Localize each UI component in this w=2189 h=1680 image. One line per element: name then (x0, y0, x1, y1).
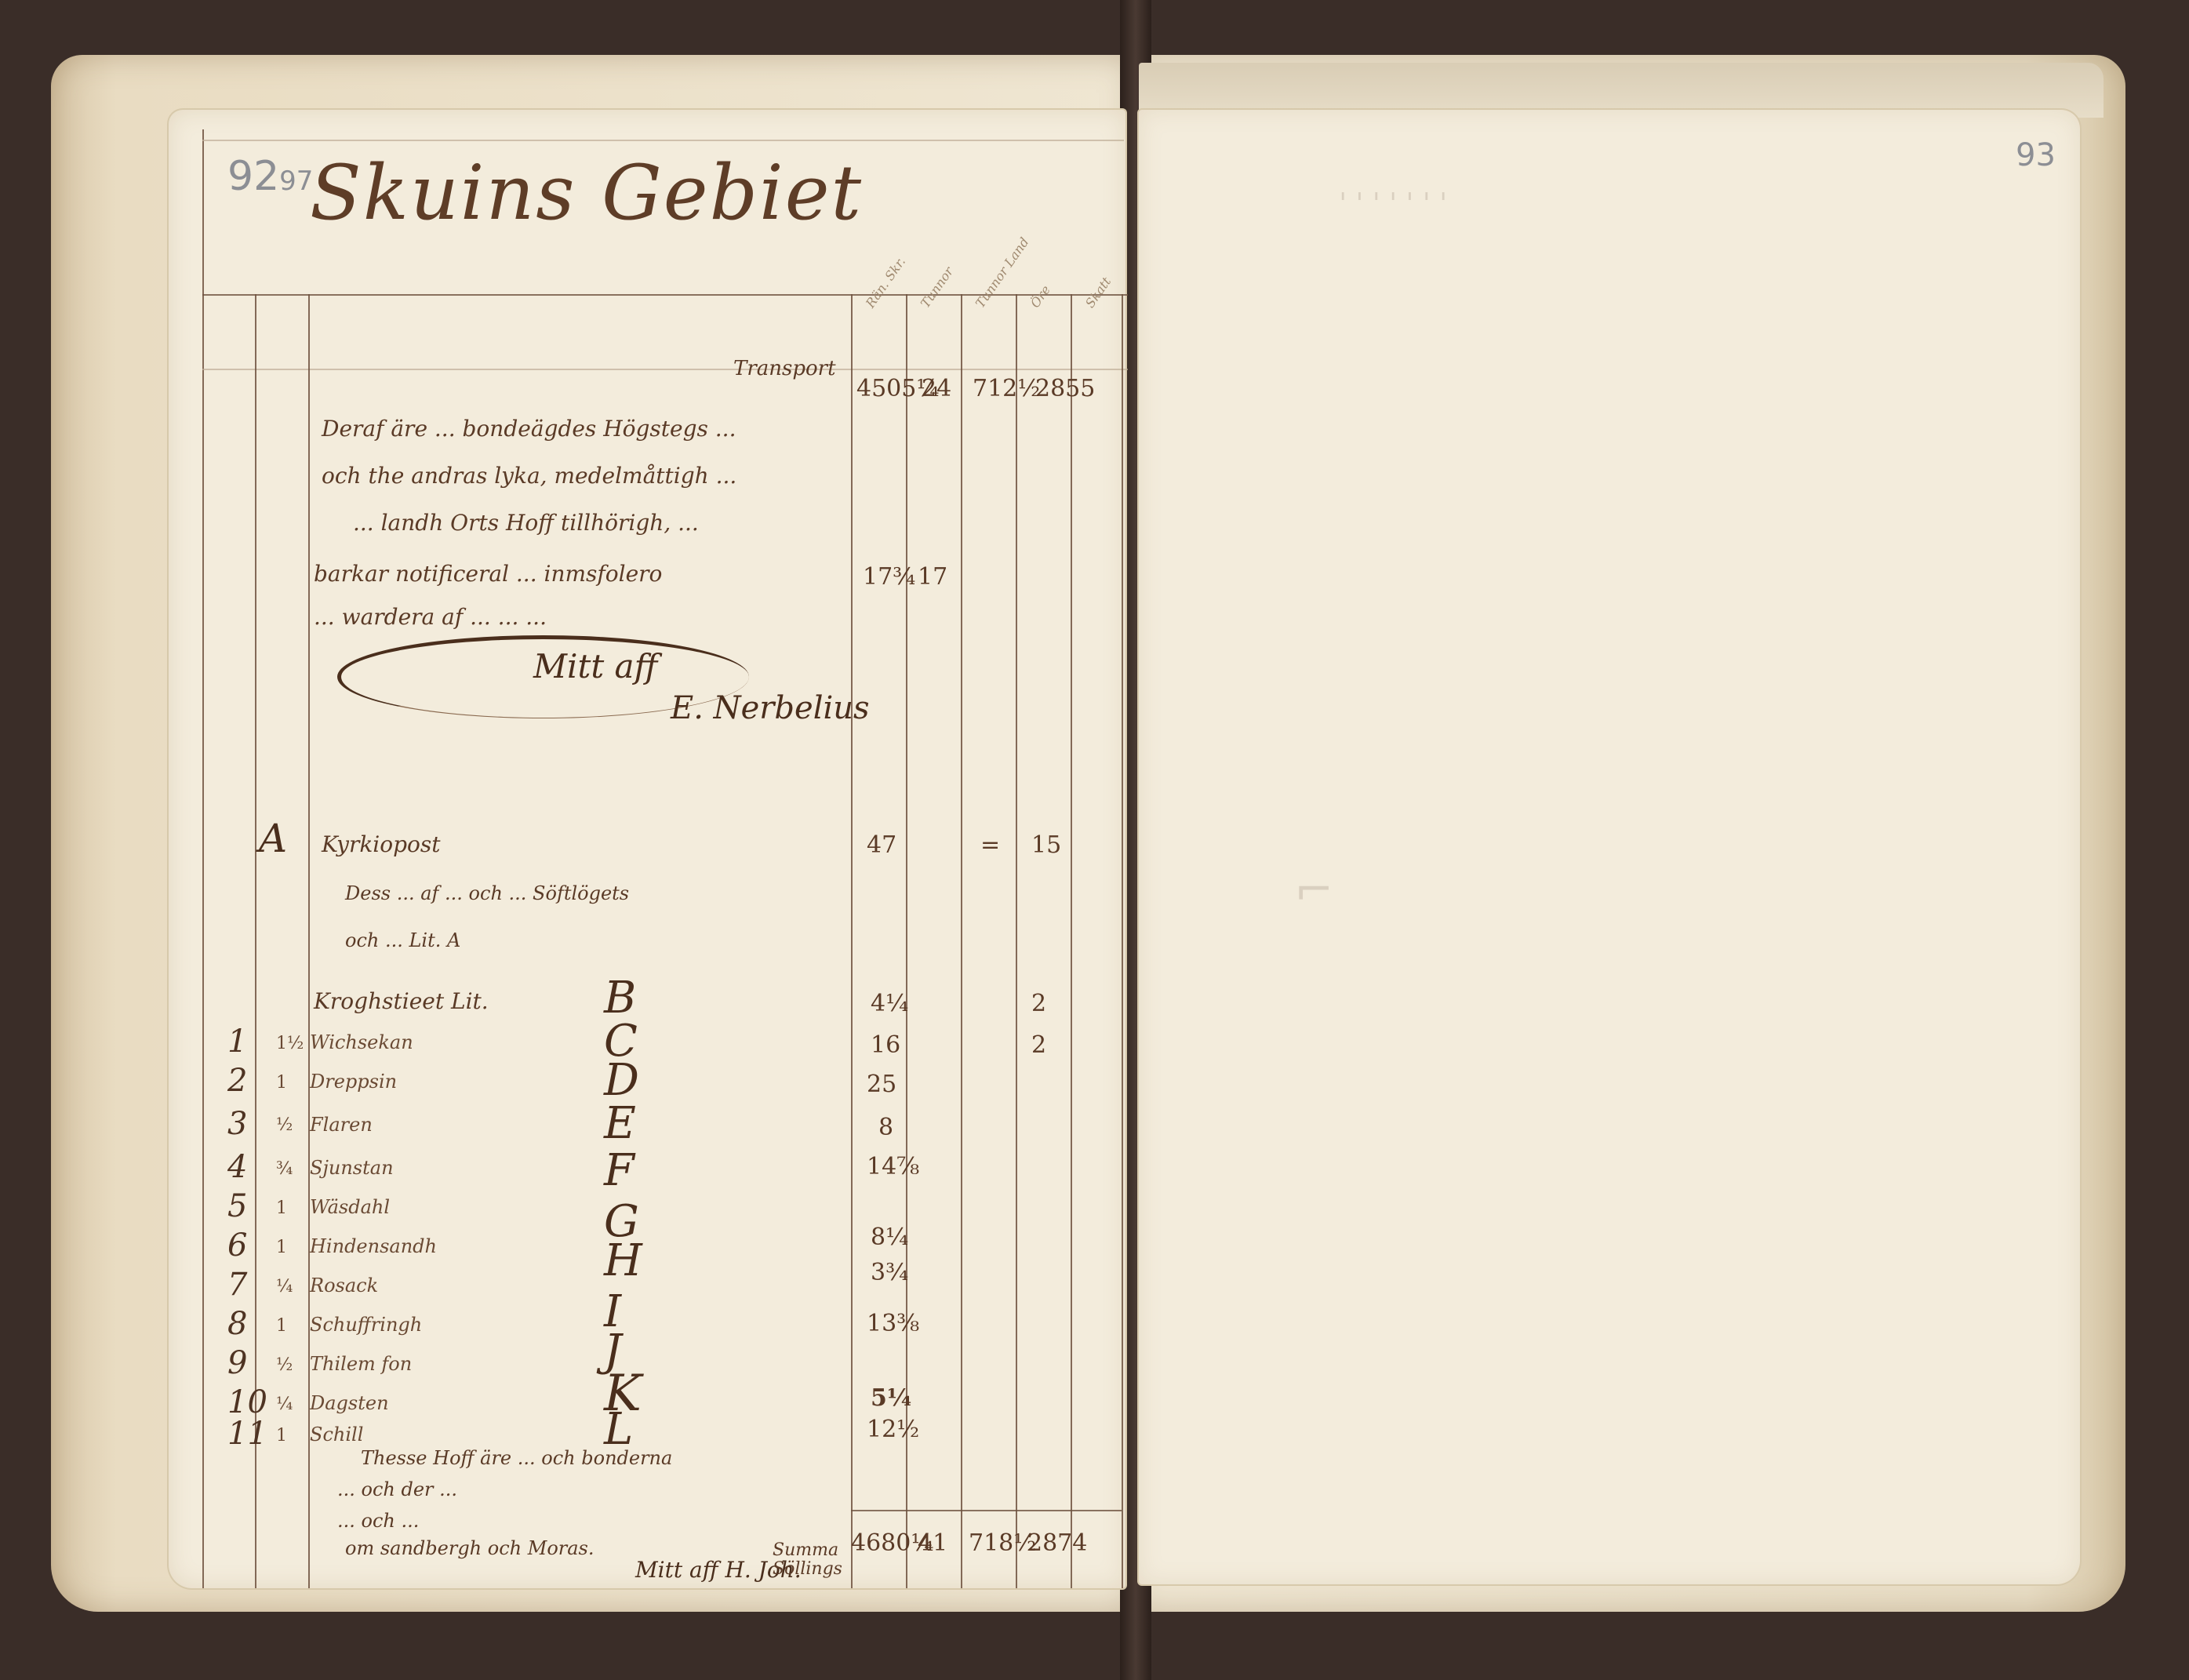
paragraph-1-line-4: barkar notificeral ... inmsfolero (314, 561, 662, 587)
value-column-rule-3 (961, 294, 962, 1588)
value-column-rule-1 (851, 294, 853, 1588)
value-column-rule-4 (1016, 294, 1017, 1588)
section-note-line-2: och ... Lit. A (345, 929, 460, 951)
summa-rule (851, 1510, 1122, 1511)
section-value-2: = (980, 831, 1000, 859)
krogh-label: Kroghstieet Lit. (314, 988, 489, 1014)
paragraph-1-line-1: Deraf äre ... bondeägdes Högstegs ... (322, 416, 736, 442)
folio-number-right: 93 (2016, 137, 2056, 173)
section-value-3: 15 (1031, 831, 1061, 859)
transport-value-3: 712½ (973, 375, 1040, 402)
summa-value-2: 41 (918, 1529, 947, 1557)
summa-label: Summa Söllings (773, 1541, 843, 1579)
signature-1-line-2: E. Nerbelius (671, 690, 870, 726)
left-margin-rule (202, 129, 204, 1588)
right-page (1139, 110, 2080, 1584)
value-column-rule-6 (1122, 294, 1123, 1588)
paragraph-1-line-5: ... wardera af ... ... ... (314, 604, 547, 630)
paragraph-1-line-3: ... landh Orts Hoff tillhörigh, ... (353, 510, 699, 536)
header-bottom-rule (202, 369, 1128, 370)
folio-number-left: 9297 (227, 153, 313, 200)
page-heading: Skuins Gebiet (310, 149, 863, 237)
paragraph-2-line-3: ... och ... (337, 1510, 419, 1532)
section-note-line-1: Dess ... af ... och ... Söftlögets (345, 882, 629, 904)
signature-1-line-1: Mitt aff (533, 647, 657, 685)
summa-value-4: 2874 (1027, 1529, 1087, 1557)
value-column-rule-5 (1071, 294, 1072, 1588)
section-marker: A (259, 816, 287, 861)
krogh-value-4: 2 (1031, 990, 1046, 1017)
show-through-text: ' ' ' ' ' ' ' (1333, 188, 1447, 220)
transport-label: Transport (733, 357, 836, 380)
top-rule (202, 140, 1124, 141)
transport-value-2: 24 (922, 375, 951, 402)
paragraph-1-value-2: 17 (918, 563, 947, 591)
section-value-1: 47 (867, 831, 896, 859)
show-through-mark: ⌐ (1294, 863, 1333, 918)
paragraph-2-line-2: ... och der ... (337, 1478, 457, 1500)
summa-value-3: 718½ (969, 1529, 1036, 1557)
section-heading: Kyrkiopost (322, 831, 441, 857)
paragraph-2-line-1: Thesse Hoff äre ... och bonderna (361, 1447, 672, 1469)
paragraph-2-line-4: om sandbergh och Moras. (345, 1537, 595, 1559)
paragraph-1-value-1: 17¾ (863, 563, 915, 591)
transport-value-4: 2855 (1035, 375, 1095, 402)
krogh-value-1: 4¼ (871, 990, 908, 1017)
paragraph-1-line-2: och the andras lyka, medelmåttigh ... (322, 463, 736, 489)
